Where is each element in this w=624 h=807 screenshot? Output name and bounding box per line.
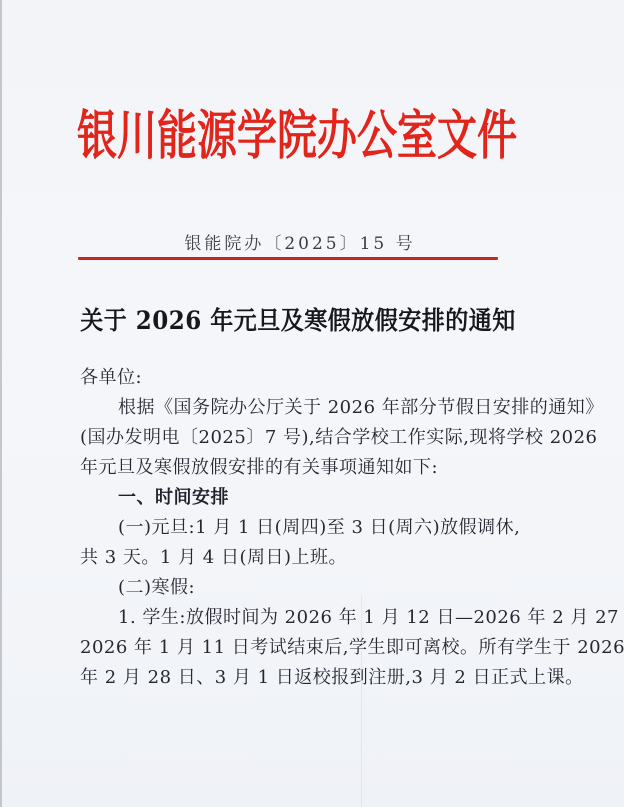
body-line: 1. 学生:放假时间为 2026 年 1 月 12 日—2026 年 2 月 2… xyxy=(80,603,566,633)
notice-body: 各单位: 根据《国务院办公厅关于 2026 年部分节假日安排的通知》 (国办发明… xyxy=(80,363,566,693)
notice-title: 关于 2026 年元旦及寒假放假安排的通知 xyxy=(0,301,596,337)
section-heading-time-arrangement: 一、时间安排 xyxy=(80,483,566,513)
salutation-line: 各单位: xyxy=(80,363,566,393)
scanned-document-page: 银川能源学院办公室文件 银能院办〔2025〕15 号 关于 2026 年元旦及寒… xyxy=(0,0,624,807)
body-line: 年 2 月 28 日、3 月 1 日返校报到注册,3 月 2 日正式上课。 xyxy=(80,663,566,693)
body-line: 2026 年 1 月 11 日考试结束后,学生即可离校。所有学生于 2026 xyxy=(80,633,566,663)
body-line: 年元旦及寒假放假安排的有关事项通知如下: xyxy=(80,453,566,483)
org-title-red-header: 银川能源学院办公室文件 xyxy=(0,94,594,169)
body-line: 根据《国务院办公厅关于 2026 年部分节假日安排的通知》 xyxy=(80,393,566,423)
body-line: (国办发明电〔2025〕7 号),结合学校工作实际,现将学校 2026 xyxy=(80,423,566,453)
body-line: (一)元旦:1 月 1 日(周四)至 3 日(周六)放假调休, xyxy=(80,513,566,543)
body-line: (二)寒假: xyxy=(80,573,566,603)
red-divider-line xyxy=(78,257,498,260)
document-number: 银能院办〔2025〕15 号 xyxy=(0,229,600,254)
body-line: 共 3 天。1 月 4 日(周日)上班。 xyxy=(80,543,566,573)
paper-crease-artifact xyxy=(361,595,362,807)
